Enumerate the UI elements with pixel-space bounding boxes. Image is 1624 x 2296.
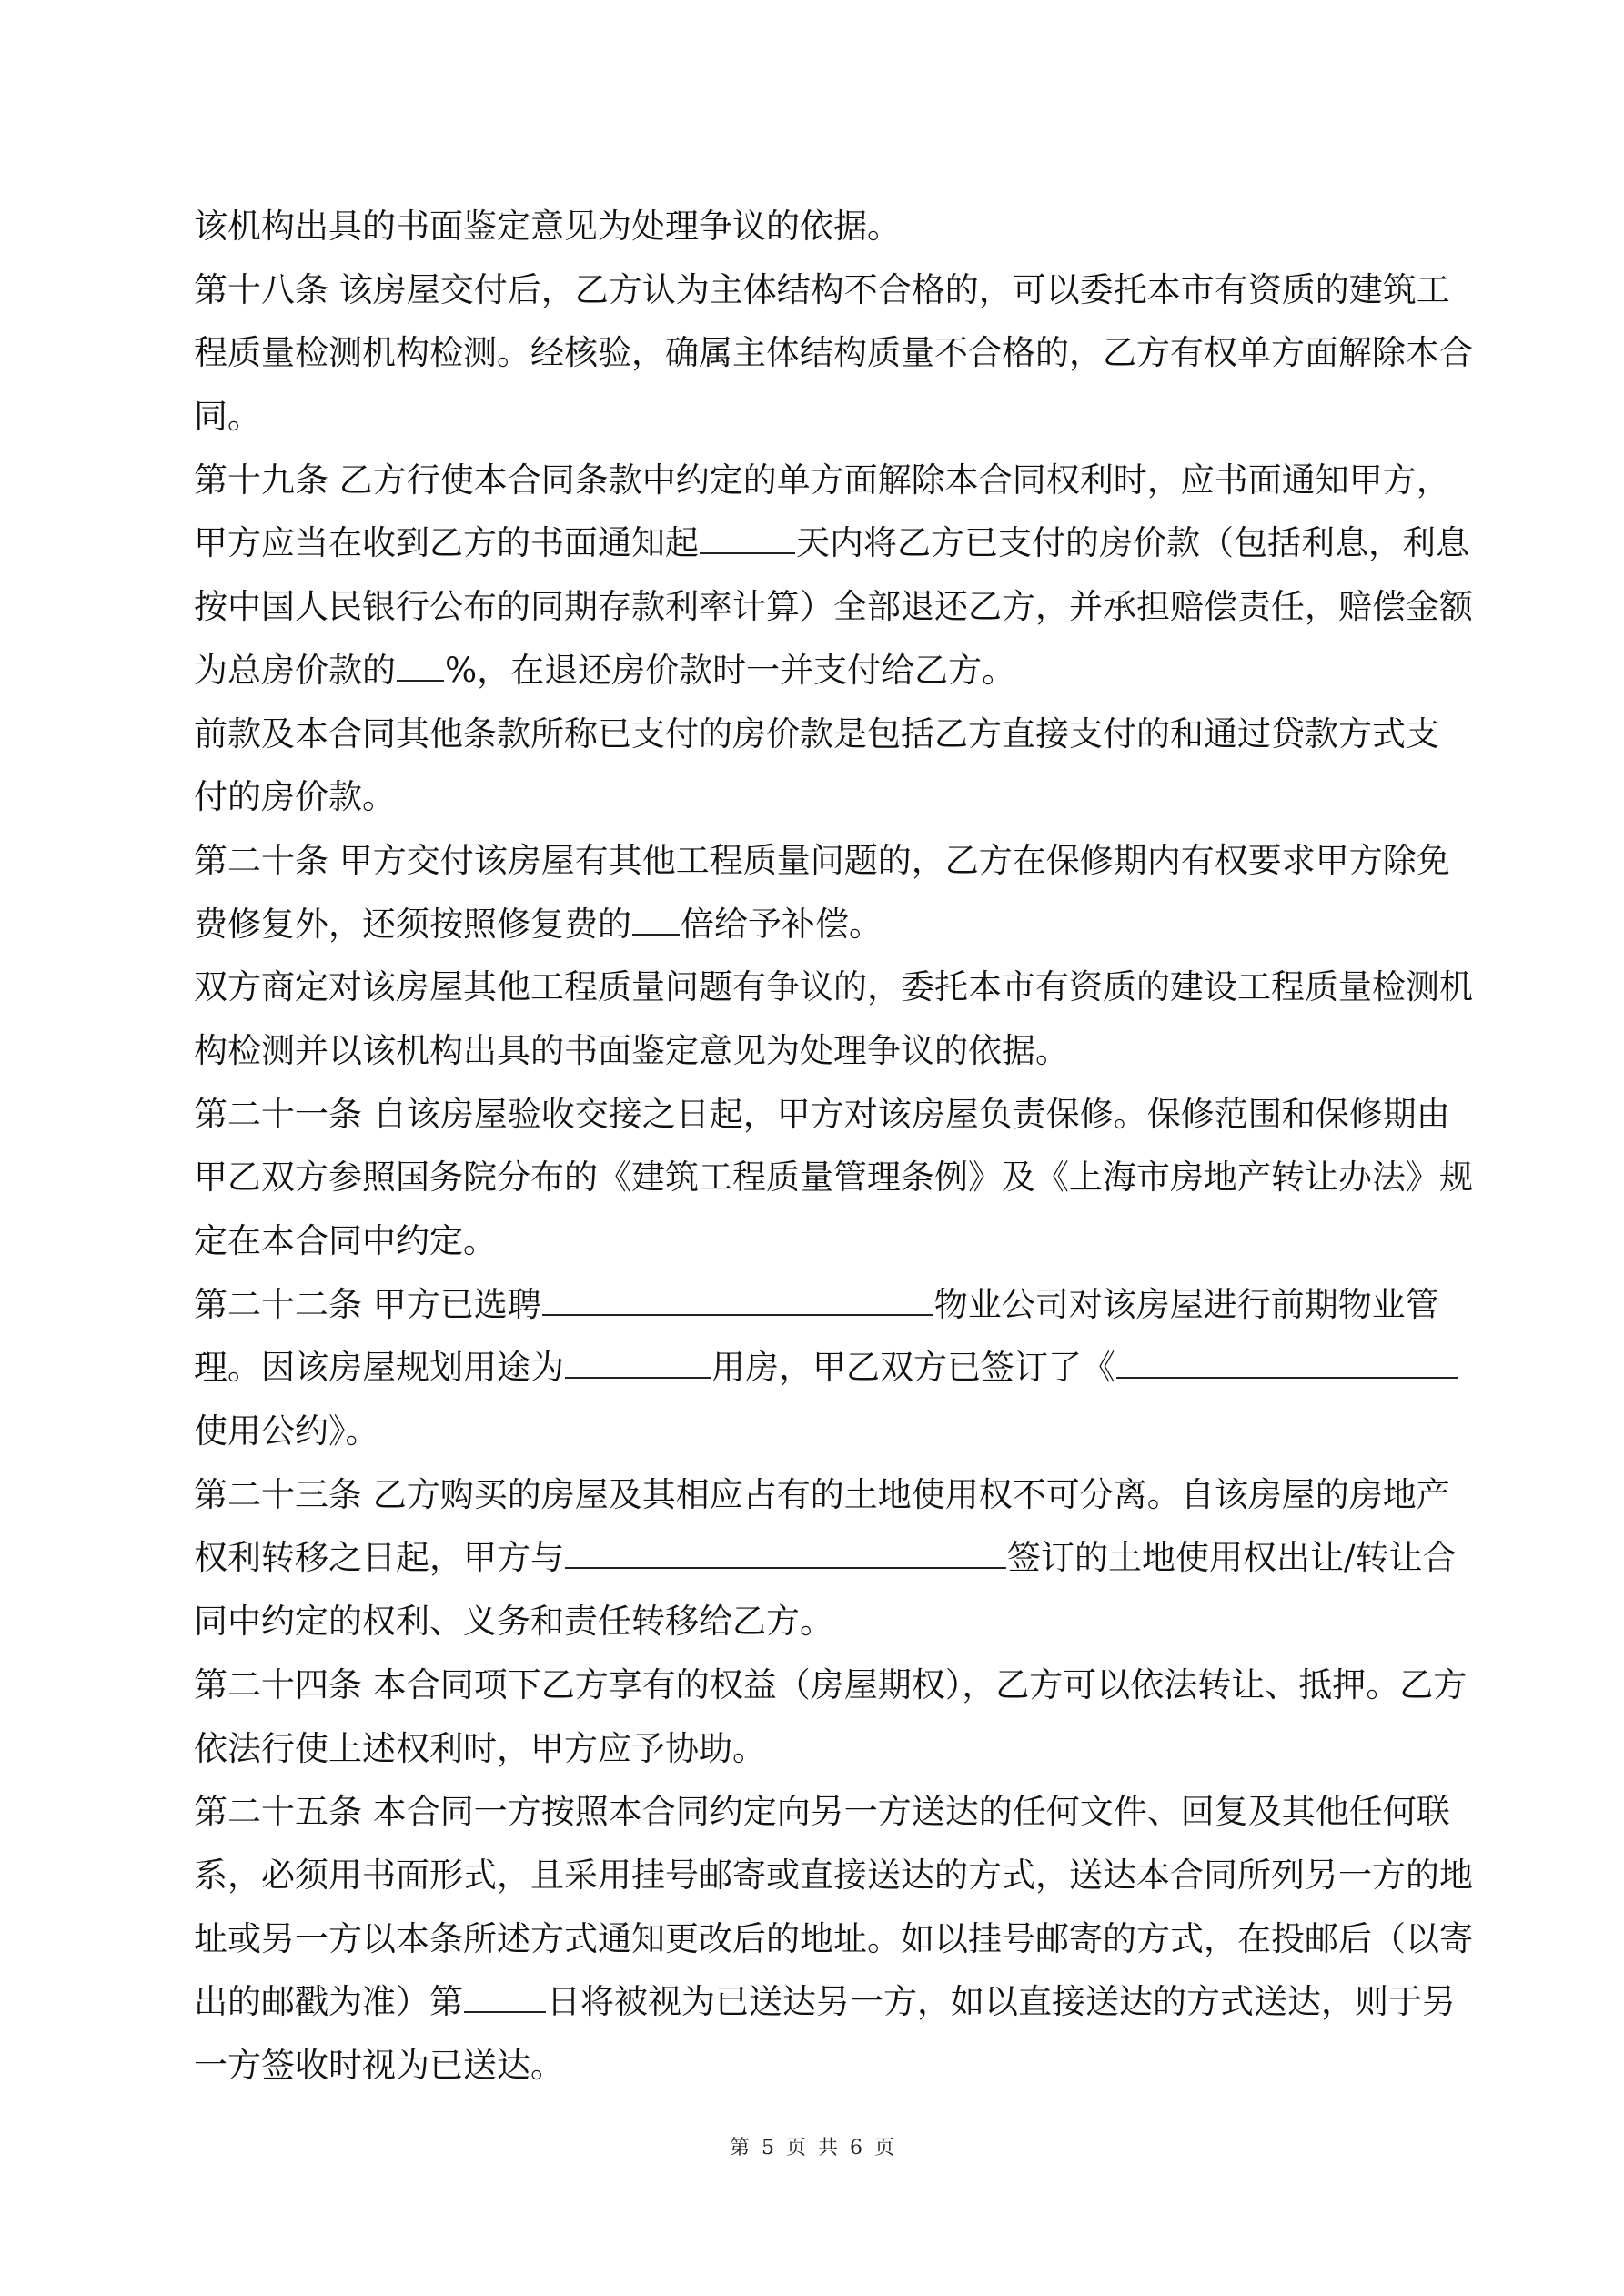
text-line: 使用公约》。 [194,1400,1431,1463]
text-line: 权利转移之日起，甲方与签订的土地使用权出让/转让合 [194,1526,1431,1590]
text-line: 理。因该房屋规划用途为用房，甲乙双方已签订了《 [194,1336,1431,1400]
text-line: 同中约定的权利、义务和责任转移给乙方。 [194,1590,1431,1654]
text-line: 为总房价款的%，在退还房价款时一并支付给乙方。 [194,639,1431,703]
text-segment: 为总房价款的 [194,651,396,690]
text-segment: 址或另一方以本条所述方式通知更改后的地址。如以挂号邮寄的方式，在投邮后（以寄 [194,1919,1473,1958]
text-line: 第十九条 乙方行使本合同条款中约定的单方面解除本合同权利时，应书面通知甲方， [194,449,1431,512]
page-footer: 第 5 页 共 6 页 [0,2133,1624,2164]
text-segment: 第二十条 甲方交付该房屋有其他工程质量问题的，乙方在保修期内有权要求甲方除免 [194,841,1450,880]
document-page: 该机构出具的书面鉴定意见为处理争议的依据。第十八条 该房屋交付后，乙方认为主体结… [0,0,1624,2296]
fill-in-blank [1116,1346,1458,1379]
text-line: 第二十三条 乙方购买的房屋及其相应占有的土地使用权不可分离。自该房屋的房地产 [194,1463,1431,1527]
text-segment: 使用公约》。 [194,1411,379,1451]
text-segment: 第二十五条 本合同一方按照本合同约定向另一方送达的任何文件、回复及其他任何联 [194,1792,1450,1831]
text-line: 一方签收时视为已送达。 [194,2034,1431,2098]
text-line: 双方商定对该房屋其他工程质量问题有争议的，委托本市有资质的建设工程质量检测机 [194,956,1431,1019]
text-segment: 倍给予补偿。 [681,905,883,944]
text-segment: 按中国人民银行公布的同期存款利率计算）全部退还乙方，并承担赔偿责任，赔偿金额 [194,587,1473,626]
text-segment: 一方签收时视为已送达。 [194,2046,564,2085]
text-segment: 双方商定对该房屋其他工程质量问题有争议的，委托本市有资质的建设工程质量检测机 [194,967,1473,1006]
text-segment: 程质量检测机构检测。经核验，确属主体结构质量不合格的，乙方有权单方面解除本合 [194,333,1473,372]
text-segment: 第二十四条 本合同项下乙方享有的权益（房屋期权），乙方可以依法转让、抵押。乙方 [194,1665,1467,1704]
text-line: 定在本合同中约定。 [194,1209,1431,1273]
text-segment: 物业公司对该房屋进行前期物业管 [934,1285,1439,1324]
text-segment: 前款及本合同其他条款所称已支付的房价款是包括乙方直接支付的和通过贷款方式支 [194,714,1439,754]
text-line: 前款及本合同其他条款所称已支付的房价款是包括乙方直接支付的和通过贷款方式支 [194,703,1431,766]
text-line: 同。 [194,385,1431,449]
text-segment: 第二十二条 甲方已选聘 [194,1285,541,1324]
text-line: 第二十五条 本合同一方按照本合同约定向另一方送达的任何文件、回复及其他任何联 [194,1780,1431,1844]
text-segment: 天内将乙方已支付的房价款（包括利息，利息 [796,523,1469,562]
text-line: 出的邮戳为准）第日将被视为已送达另一方，如以直接送达的方式送达，则于另 [194,1970,1431,2034]
text-segment: 甲方应当在收到乙方的书面通知起 [194,523,699,562]
text-line: 甲乙双方参照国务院分布的《建筑工程质量管理条例》及《上海市房地产转让办法》规 [194,1146,1431,1209]
text-segment: 出的邮戳为准）第 [194,1982,463,2021]
text-segment: 费修复外，还须按照修复费的 [194,905,631,944]
text-line: 甲方应当在收到乙方的书面通知起天内将乙方已支付的房价款（包括利息，利息 [194,511,1431,575]
text-segment: 第十九条 乙方行使本合同条款中约定的单方面解除本合同权利时，应书面通知甲方， [194,460,1450,500]
fill-in-blank [565,1536,1006,1569]
text-segment: 依法行使上述权利时，甲方应予协助。 [194,1729,766,1768]
fill-in-blank [397,649,444,682]
text-segment: 同中约定的权利、义务和责任转移给乙方。 [194,1602,833,1641]
text-segment: 第二十三条 乙方购买的房屋及其相应占有的土地使用权不可分离。自该房屋的房地产 [194,1475,1450,1514]
text-segment: 同。 [194,397,261,436]
text-line: 第二十四条 本合同项下乙方享有的权益（房屋期权），乙方可以依法转让、抵押。乙方 [194,1654,1431,1717]
text-line: 址或另一方以本条所述方式通知更改后的地址。如以挂号邮寄的方式，在投邮后（以寄 [194,1907,1431,1971]
text-segment: %，在退还房价款时一并支付给乙方。 [445,651,1015,690]
text-line: 该机构出具的书面鉴定意见为处理争议的依据。 [194,195,1431,258]
fill-in-blank [565,1346,711,1379]
text-segment: 该机构出具的书面鉴定意见为处理争议的依据。 [194,207,901,246]
fill-in-blank [542,1283,933,1316]
text-line: 付的房价款。 [194,765,1431,829]
text-segment: 理。因该房屋规划用途为 [194,1348,564,1387]
text-segment: 签订的土地使用权出让/转让合 [1007,1538,1456,1577]
text-segment: 第二十一条 自该房屋验收交接之日起，甲方对该房屋负责保修。保修范围和保修期由 [194,1095,1450,1134]
fill-in-blank [700,521,795,554]
text-segment: 付的房价款。 [194,777,396,816]
page-number-label: 第 5 页 共 6 页 [730,2137,894,2159]
text-segment: 权利转移之日起，甲方与 [194,1538,564,1577]
text-line: 系，必须用书面形式，且采用挂号邮寄或直接送达的方式，送达本合同所列另一方的地 [194,1844,1431,1907]
fill-in-blank [632,903,680,936]
text-segment: 系，必须用书面形式，且采用挂号邮寄或直接送达的方式，送达本合同所列另一方的地 [194,1856,1473,1895]
text-segment: 第十八条 该房屋交付后，乙方认为主体结构不合格的，可以委托本市有资质的建筑工 [194,270,1450,309]
text-line: 按中国人民银行公布的同期存款利率计算）全部退还乙方，并承担赔偿责任，赔偿金额 [194,575,1431,639]
text-line: 第二十一条 自该房屋验收交接之日起，甲方对该房屋负责保修。保修范围和保修期由 [194,1083,1431,1147]
text-line: 依法行使上述权利时，甲方应予协助。 [194,1717,1431,1781]
fill-in-blank [464,1980,546,2013]
text-segment: 构检测并以该机构出具的书面鉴定意见为处理争议的依据。 [194,1031,1069,1070]
text-line: 第二十条 甲方交付该房屋有其他工程质量问题的，乙方在保修期内有权要求甲方除免 [194,829,1431,893]
text-line: 费修复外，还须按照修复费的倍给予补偿。 [194,893,1431,956]
contract-body: 该机构出具的书面鉴定意见为处理争议的依据。第十八条 该房屋交付后，乙方认为主体结… [194,195,1431,2098]
text-segment: 日将被视为已送达另一方，如以直接送达的方式送达，则于另 [547,1982,1456,2021]
text-segment: 用房，甲乙双方已签订了《 [711,1348,1115,1387]
text-segment: 甲乙双方参照国务院分布的《建筑工程质量管理条例》及《上海市房地产转让办法》规 [194,1158,1473,1197]
text-segment: 定在本合同中约定。 [194,1221,497,1260]
text-line: 第十八条 该房屋交付后，乙方认为主体结构不合格的，可以委托本市有资质的建筑工 [194,258,1431,322]
text-line: 第二十二条 甲方已选聘物业公司对该房屋进行前期物业管 [194,1273,1431,1337]
text-line: 构检测并以该机构出具的书面鉴定意见为处理争议的依据。 [194,1019,1431,1083]
text-line: 程质量检测机构检测。经核验，确属主体结构质量不合格的，乙方有权单方面解除本合 [194,321,1431,385]
